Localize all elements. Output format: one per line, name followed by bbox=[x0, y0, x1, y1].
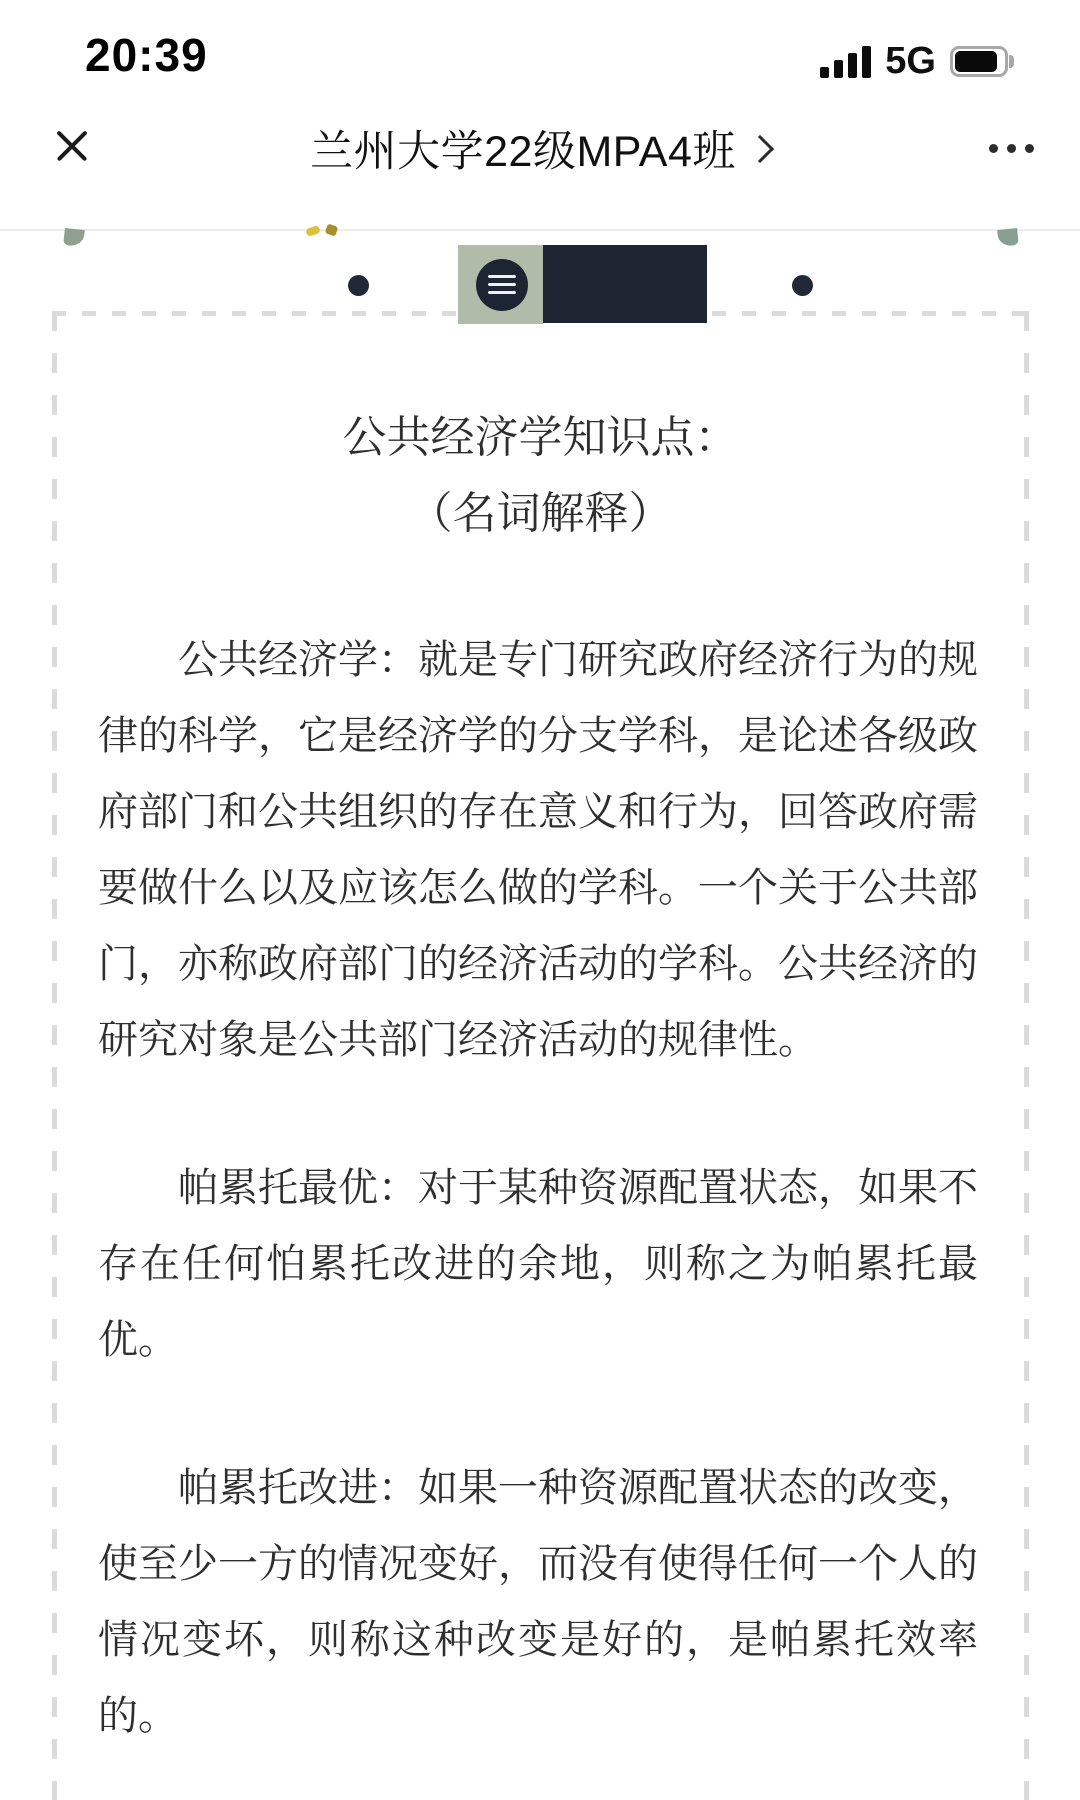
cellular-signal-icon bbox=[820, 45, 871, 78]
group-title-button[interactable]: 兰州大学22级MPA4班 bbox=[0, 100, 1080, 196]
chevron-right-icon bbox=[746, 135, 774, 163]
bullet-dot-left bbox=[348, 275, 369, 296]
more-ellipsis-icon[interactable] bbox=[989, 132, 1034, 164]
dashed-document-card: 公共经济学知识点： （名词解释） 公共经济学：就是专门研究政府经济行为的规律的科… bbox=[52, 311, 1029, 1800]
document-title-line1: 公共经济学知识点： bbox=[52, 400, 1029, 476]
document-paragraph: 帕累托改进：如果一种资源配置状态的改变，使至少一方的情况变好，而没有使得任何一个… bbox=[98, 1450, 978, 1754]
group-chat-title: 兰州大学22级MPA4班 bbox=[310, 118, 736, 179]
network-type-label: 5G bbox=[885, 40, 936, 83]
navy-rectangle bbox=[543, 245, 707, 323]
document-title-line2: （名词解释） bbox=[52, 476, 1029, 552]
document-paragraph: 帕累托最优：对于某种资源配置状态，如果不存在任何怕累托改进的余地，则称之为帕累托… bbox=[98, 1150, 978, 1378]
hamburger-menu-icon bbox=[476, 259, 528, 311]
status-bar: 20:39 5G bbox=[0, 0, 1080, 100]
nav-bar: 兰州大学22级MPA4班 bbox=[0, 100, 1080, 196]
status-bar-right: 5G bbox=[820, 40, 1014, 83]
banner-graphic bbox=[0, 196, 1080, 346]
document-body: 公共经济学知识点： （名词解释） 公共经济学：就是专门研究政府经济行为的规律的科… bbox=[52, 311, 1029, 1800]
paragraph-list: 公共经济学：就是专门研究政府经济行为的规律的科学，它是经济学的分支学科，是论述各… bbox=[52, 622, 1029, 1754]
battery-icon bbox=[950, 46, 1014, 77]
wechat-image-preview-screen: 20:39 5G 兰州大学22级MPA4班 bbox=[0, 0, 1080, 1800]
document-image: 公共经济学知识点： （名词解释） 公共经济学：就是专门研究政府经济行为的规律的科… bbox=[0, 196, 1080, 1800]
bullet-dot-right bbox=[792, 275, 813, 296]
clock-time: 20:39 bbox=[85, 28, 208, 82]
document-paragraph: 公共经济学：就是专门研究政府经济行为的规律的科学，它是经济学的分支学科，是论述各… bbox=[98, 622, 978, 1078]
